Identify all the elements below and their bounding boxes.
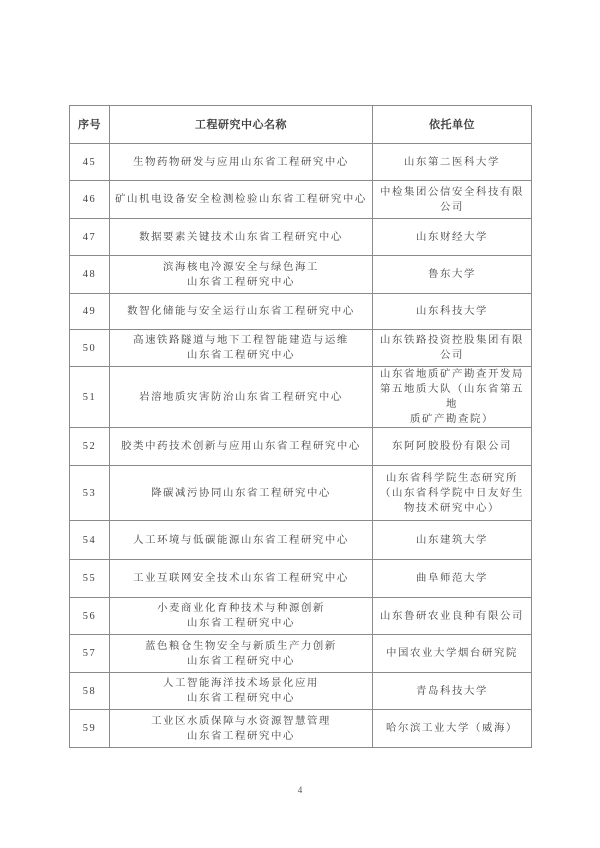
table-row: 57蓝色粮仓生物安全与新质生产力创新山东省工程研究中心中国农业大学烟台研究院 bbox=[70, 635, 532, 673]
row-index: 46 bbox=[70, 181, 110, 219]
row-index: 55 bbox=[70, 560, 110, 598]
table-row: 59工业区水质保障与水资源智慧管理山东省工程研究中心哈尔滨工业大学（威海） bbox=[70, 710, 532, 748]
header-index: 序号 bbox=[70, 106, 110, 144]
host-unit-line: 山东第二医科大学 bbox=[376, 155, 528, 170]
header-host-unit: 依托单位 bbox=[373, 106, 532, 144]
host-unit-cell: 山东财经大学 bbox=[373, 219, 532, 256]
host-unit-line: 中国农业大学烟台研究院 bbox=[376, 646, 528, 661]
host-unit-line: 东阿阿胶股份有限公司 bbox=[376, 439, 528, 454]
center-name-line: 矿山机电设备安全检测检验山东省工程研究中心 bbox=[113, 192, 369, 207]
host-unit-cell: 哈尔滨工业大学（威海） bbox=[373, 710, 532, 748]
center-name-cell: 小麦商业化育种技术与种源创新山东省工程研究中心 bbox=[110, 598, 373, 635]
center-name-line: 降碳减污协同山东省工程研究中心 bbox=[113, 486, 369, 501]
center-name-cell: 高速铁路隧道与地下工程智能建造与运维山东省工程研究中心 bbox=[110, 330, 373, 367]
table-row: 46矿山机电设备安全检测检验山东省工程研究中心中检集团公信安全科技有限公司 bbox=[70, 181, 532, 219]
center-name-cell: 岩溶地质灾害防治山东省工程研究中心 bbox=[110, 367, 373, 428]
table-row: 49数智化储能与安全运行山东省工程研究中心山东科技大学 bbox=[70, 294, 532, 330]
host-unit-line: 公司 bbox=[376, 200, 528, 215]
center-name-line: 高速铁路隧道与地下工程智能建造与运维 bbox=[113, 333, 369, 348]
table-body: 45生物药物研发与应用山东省工程研究中心山东第二医科大学46矿山机电设备安全检测… bbox=[70, 144, 532, 748]
center-name-line: 人工环境与低碳能源山东省工程研究中心 bbox=[113, 533, 369, 548]
host-unit-line: 物技术研究中心） bbox=[376, 501, 528, 516]
center-name-cell: 数据要素关键技术山东省工程研究中心 bbox=[110, 219, 373, 256]
host-unit-line: 第五地质大队（山东省第五地 bbox=[376, 382, 528, 412]
host-unit-cell: 山东科技大学 bbox=[373, 294, 532, 330]
engineering-centers-table: 序号 工程研究中心名称 依托单位 45生物药物研发与应用山东省工程研究中心山东第… bbox=[69, 105, 532, 748]
center-name-line: 山东省工程研究中心 bbox=[113, 729, 369, 744]
host-unit-line: 山东铁路投资控股集团有限 bbox=[376, 333, 528, 348]
host-unit-line: 鲁东大学 bbox=[376, 267, 528, 282]
center-name-line: 胶类中药技术创新与应用山东省工程研究中心 bbox=[113, 439, 369, 454]
center-name-cell: 胶类中药技术创新与应用山东省工程研究中心 bbox=[110, 428, 373, 466]
host-unit-line: 公司 bbox=[376, 348, 528, 363]
page-number: 4 bbox=[290, 785, 310, 795]
host-unit-cell: 山东建筑大学 bbox=[373, 521, 532, 560]
table-row: 48滨海核电冷源安全与绿色海工山东省工程研究中心鲁东大学 bbox=[70, 256, 532, 294]
table-row: 55工业互联网安全技术山东省工程研究中心曲阜师范大学 bbox=[70, 560, 532, 598]
center-name-cell: 降碳减污协同山东省工程研究中心 bbox=[110, 466, 373, 521]
table-row: 53降碳减污协同山东省工程研究中心山东省科学院生态研究所（山东省科学院中日友好生… bbox=[70, 466, 532, 521]
host-unit-line: 山东建筑大学 bbox=[376, 533, 528, 548]
center-name-cell: 生物药物研发与应用山东省工程研究中心 bbox=[110, 144, 373, 181]
table-row: 56小麦商业化育种技术与种源创新山东省工程研究中心山东鲁研农业良种有限公司 bbox=[70, 598, 532, 635]
table-row: 58人工智能海洋技术场景化应用山东省工程研究中心青岛科技大学 bbox=[70, 673, 532, 710]
center-name-line: 山东省工程研究中心 bbox=[113, 616, 369, 631]
host-unit-line: （山东省科学院中日友好生 bbox=[376, 486, 528, 501]
row-index: 51 bbox=[70, 367, 110, 428]
host-unit-cell: 山东省地质矿产勘查开发局第五地质大队（山东省第五地质矿产勘查院） bbox=[373, 367, 532, 428]
host-unit-line: 青岛科技大学 bbox=[376, 684, 528, 699]
host-unit-cell: 曲阜师范大学 bbox=[373, 560, 532, 598]
center-name-line: 工业互联网安全技术山东省工程研究中心 bbox=[113, 571, 369, 586]
host-unit-line: 曲阜师范大学 bbox=[376, 571, 528, 586]
host-unit-line: 山东科技大学 bbox=[376, 304, 528, 319]
row-index: 57 bbox=[70, 635, 110, 673]
host-unit-cell: 山东第二医科大学 bbox=[373, 144, 532, 181]
host-unit-line: 质矿产勘查院） bbox=[376, 412, 528, 427]
table-header-row: 序号 工程研究中心名称 依托单位 bbox=[70, 106, 532, 144]
center-name-line: 小麦商业化育种技术与种源创新 bbox=[113, 601, 369, 616]
table-row: 47数据要素关键技术山东省工程研究中心山东财经大学 bbox=[70, 219, 532, 256]
center-name-line: 山东省工程研究中心 bbox=[113, 275, 369, 290]
center-name-line: 数智化储能与安全运行山东省工程研究中心 bbox=[113, 304, 369, 319]
document-page: 序号 工程研究中心名称 依托单位 45生物药物研发与应用山东省工程研究中心山东第… bbox=[0, 0, 600, 848]
center-name-line: 工业区水质保障与水资源智慧管理 bbox=[113, 714, 369, 729]
row-index: 52 bbox=[70, 428, 110, 466]
center-name-cell: 工业区水质保障与水资源智慧管理山东省工程研究中心 bbox=[110, 710, 373, 748]
host-unit-line: 哈尔滨工业大学（威海） bbox=[376, 721, 528, 736]
table-row: 54人工环境与低碳能源山东省工程研究中心山东建筑大学 bbox=[70, 521, 532, 560]
center-name-cell: 滨海核电冷源安全与绿色海工山东省工程研究中心 bbox=[110, 256, 373, 294]
host-unit-cell: 中国农业大学烟台研究院 bbox=[373, 635, 532, 673]
center-name-line: 山东省工程研究中心 bbox=[113, 691, 369, 706]
host-unit-line: 山东鲁研农业良种有限公司 bbox=[376, 609, 528, 624]
host-unit-line: 中检集团公信安全科技有限 bbox=[376, 185, 528, 200]
host-unit-cell: 东阿阿胶股份有限公司 bbox=[373, 428, 532, 466]
host-unit-cell: 中检集团公信安全科技有限公司 bbox=[373, 181, 532, 219]
center-name-line: 蓝色粮仓生物安全与新质生产力创新 bbox=[113, 639, 369, 654]
center-name-cell: 蓝色粮仓生物安全与新质生产力创新山东省工程研究中心 bbox=[110, 635, 373, 673]
row-index: 45 bbox=[70, 144, 110, 181]
center-name-cell: 人工环境与低碳能源山东省工程研究中心 bbox=[110, 521, 373, 560]
center-name-cell: 工业互联网安全技术山东省工程研究中心 bbox=[110, 560, 373, 598]
row-index: 47 bbox=[70, 219, 110, 256]
center-name-line: 生物药物研发与应用山东省工程研究中心 bbox=[113, 155, 369, 170]
table-row: 51岩溶地质灾害防治山东省工程研究中心山东省地质矿产勘查开发局第五地质大队（山东… bbox=[70, 367, 532, 428]
host-unit-cell: 青岛科技大学 bbox=[373, 673, 532, 710]
center-name-line: 滨海核电冷源安全与绿色海工 bbox=[113, 260, 369, 275]
center-name-line: 山东省工程研究中心 bbox=[113, 654, 369, 669]
center-name-line: 岩溶地质灾害防治山东省工程研究中心 bbox=[113, 390, 369, 405]
table-row: 52胶类中药技术创新与应用山东省工程研究中心东阿阿胶股份有限公司 bbox=[70, 428, 532, 466]
row-index: 54 bbox=[70, 521, 110, 560]
host-unit-line: 山东省地质矿产勘查开发局 bbox=[376, 367, 528, 382]
row-index: 59 bbox=[70, 710, 110, 748]
center-name-cell: 数智化储能与安全运行山东省工程研究中心 bbox=[110, 294, 373, 330]
row-index: 49 bbox=[70, 294, 110, 330]
header-center-name: 工程研究中心名称 bbox=[110, 106, 373, 144]
center-name-cell: 人工智能海洋技术场景化应用山东省工程研究中心 bbox=[110, 673, 373, 710]
center-name-line: 数据要素关键技术山东省工程研究中心 bbox=[113, 230, 369, 245]
center-name-line: 人工智能海洋技术场景化应用 bbox=[113, 676, 369, 691]
table-row: 45生物药物研发与应用山东省工程研究中心山东第二医科大学 bbox=[70, 144, 532, 181]
host-unit-line: 山东财经大学 bbox=[376, 230, 528, 245]
row-index: 56 bbox=[70, 598, 110, 635]
host-unit-cell: 山东铁路投资控股集团有限公司 bbox=[373, 330, 532, 367]
row-index: 58 bbox=[70, 673, 110, 710]
table-row: 50高速铁路隧道与地下工程智能建造与运维山东省工程研究中心山东铁路投资控股集团有… bbox=[70, 330, 532, 367]
center-name-cell: 矿山机电设备安全检测检验山东省工程研究中心 bbox=[110, 181, 373, 219]
row-index: 48 bbox=[70, 256, 110, 294]
host-unit-cell: 山东鲁研农业良种有限公司 bbox=[373, 598, 532, 635]
host-unit-line: 山东省科学院生态研究所 bbox=[376, 471, 528, 486]
row-index: 50 bbox=[70, 330, 110, 367]
host-unit-cell: 山东省科学院生态研究所（山东省科学院中日友好生物技术研究中心） bbox=[373, 466, 532, 521]
host-unit-cell: 鲁东大学 bbox=[373, 256, 532, 294]
center-name-line: 山东省工程研究中心 bbox=[113, 348, 369, 363]
row-index: 53 bbox=[70, 466, 110, 521]
